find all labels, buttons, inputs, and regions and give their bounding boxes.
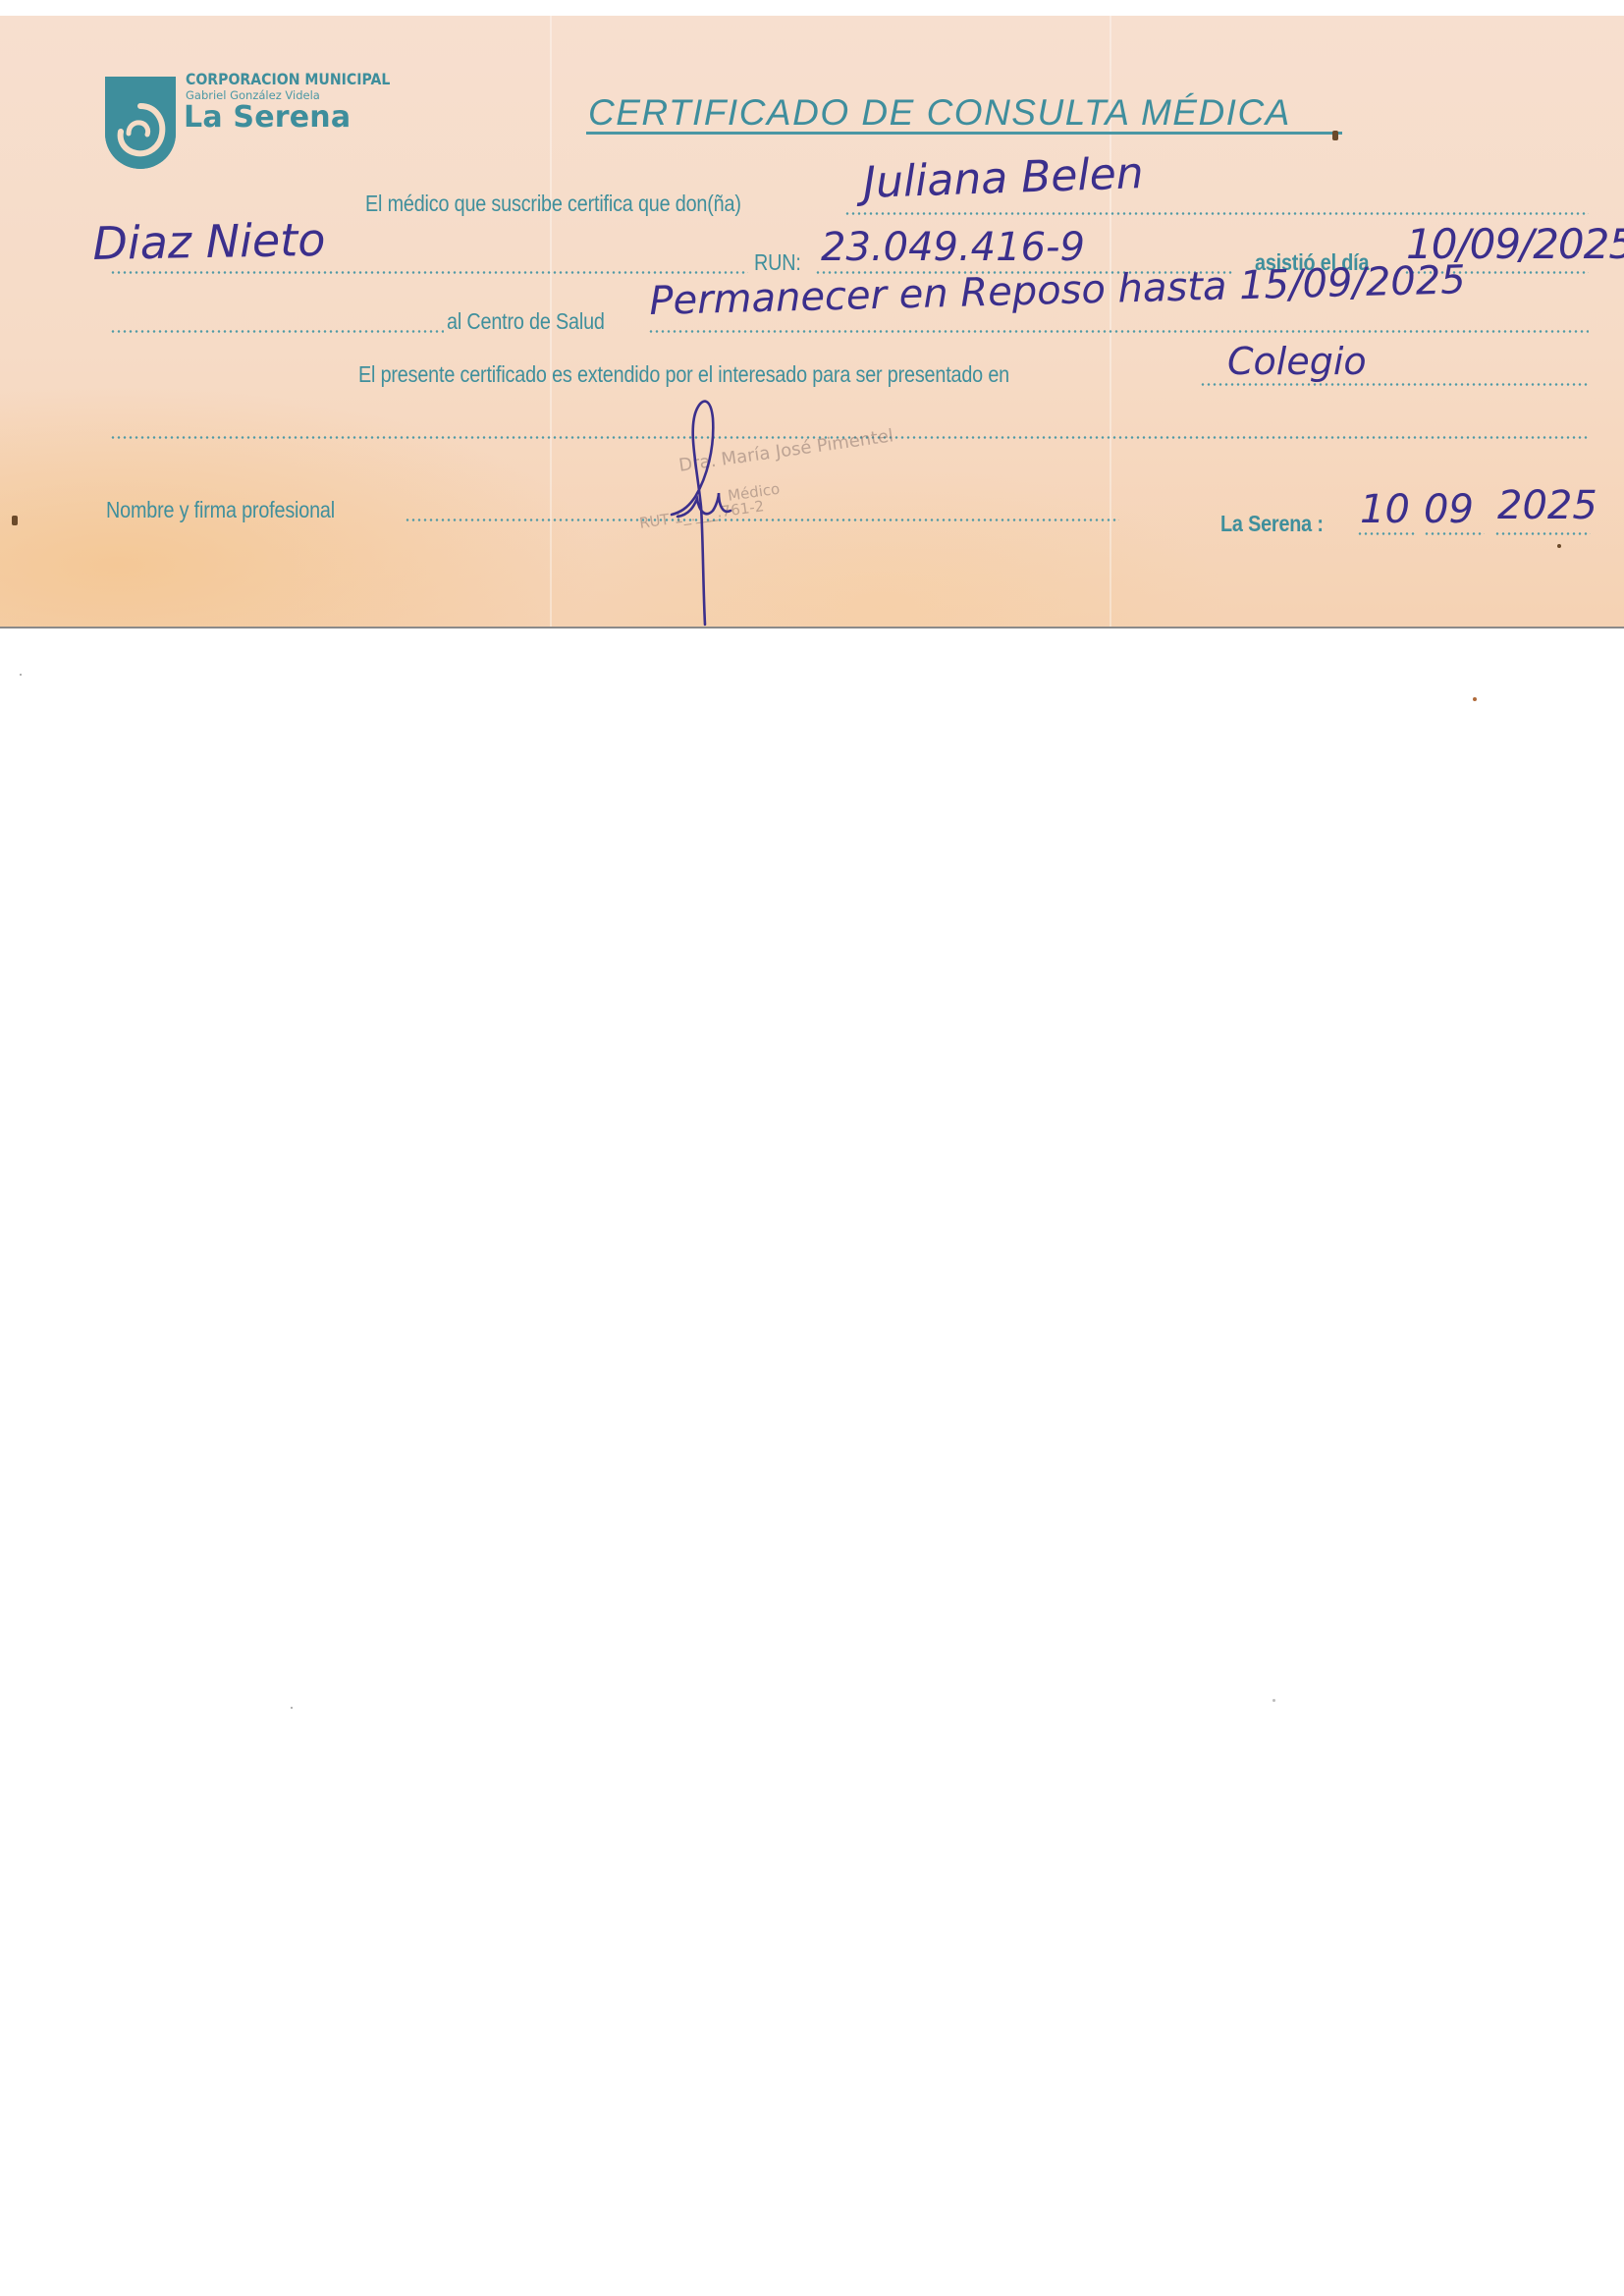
- run-label: RUN:: [754, 249, 801, 276]
- place-label: La Serena :: [1220, 511, 1324, 537]
- dotted-line: [648, 330, 1589, 333]
- dotted-line: [110, 330, 444, 333]
- dotted-line: [1494, 532, 1591, 535]
- dotted-line: [110, 271, 748, 274]
- run-value: 23.049.416-9: [821, 225, 1085, 270]
- patient-first-names: Juliana Belen: [862, 148, 1144, 208]
- organization-name: CORPORACION MUNICIPAL: [186, 70, 390, 88]
- page-speck: [291, 1707, 293, 1709]
- paper-speck: [1557, 544, 1561, 548]
- patient-last-names: Diaz Nieto: [92, 213, 326, 270]
- ink-speck: [1332, 131, 1338, 140]
- place-month: 09: [1424, 487, 1474, 532]
- organization-city: La Serena: [184, 100, 351, 135]
- document-title: CERTIFICADO DE CONSULTA MÉDICA: [588, 92, 1291, 134]
- dotted-line: [1200, 383, 1589, 386]
- place-year: 2025: [1497, 483, 1597, 528]
- dotted-line: [844, 212, 1589, 215]
- dotted-line: [1357, 532, 1416, 535]
- certificate-paper: CORPORACION MUNICIPAL Gabriel González V…: [0, 16, 1624, 629]
- page-speck: [1473, 697, 1477, 701]
- presented-to: Colegio: [1227, 340, 1367, 383]
- page-speck: [1272, 1699, 1275, 1702]
- health-center-label: al Centro de Salud: [447, 308, 605, 335]
- page-speck: [20, 674, 22, 676]
- paper-speck: [12, 516, 18, 525]
- signature-label: Nombre y firma profesional: [106, 497, 335, 523]
- doctor-signature: [658, 389, 766, 639]
- patient-label: El médico que suscribe certifica que don…: [365, 191, 741, 217]
- presented-label: El presente certificado es extendido por…: [358, 361, 1009, 388]
- place-day: 10: [1360, 487, 1410, 532]
- spiral-logo-icon: [105, 77, 176, 169]
- dotted-line: [1424, 532, 1485, 535]
- title-underline: [586, 132, 1342, 135]
